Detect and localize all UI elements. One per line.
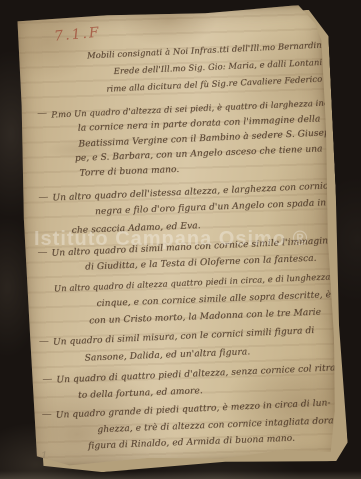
inventory-line: che scaccia Adamo, ed Eva. — [72, 221, 201, 236]
archival-notation: 7.1.F — [54, 25, 102, 45]
inventory-line: figura di Rinaldo, ed Armida di buona ma… — [88, 434, 295, 452]
inventory-line: Un quadro di simil misura, con le cornic… — [53, 326, 315, 348]
inventory-line: di Giuditta, e la Testa di Oloferne con … — [85, 254, 317, 273]
inventory-line: cinque, e con cornice simile alle sopra … — [96, 290, 331, 309]
item-dash: — — [42, 409, 52, 420]
inventory-line: negra e filo d'oro figura d'un Angelo co… — [95, 197, 355, 217]
inventory-line: Torre di buona mano. — [79, 165, 179, 179]
item-dash: — — [39, 336, 49, 347]
heading-line: rime alla dicitura del fù Sig.re Cavalie… — [106, 72, 361, 94]
item-dash: — — [38, 192, 48, 203]
inventory-line: Sansone, Dalida, ed un'altra figura. — [84, 347, 250, 363]
item-dash: — — [42, 374, 52, 385]
inventory-line: to della fortuna, ed amore. — [78, 386, 203, 401]
inventory-line: ghezza, e trè di altezza con cornice int… — [97, 416, 343, 435]
item-dash: — — [37, 247, 47, 258]
photo-background: { "photo": { "archival_notation": "7.1.F… — [0, 0, 361, 479]
inventory-line: Un altro quadro di altezza quattro piedi… — [54, 271, 331, 293]
manuscript-page: 7.1.F Mobili consignati à Noi Infras.tti… — [15, 4, 338, 467]
inventory-line: con un Cristo morto, la Madonna con le t… — [89, 308, 321, 327]
item-dash: — — [37, 108, 47, 119]
inventory-line: Un quadro di quattro piedi d'altezza, se… — [56, 363, 342, 385]
